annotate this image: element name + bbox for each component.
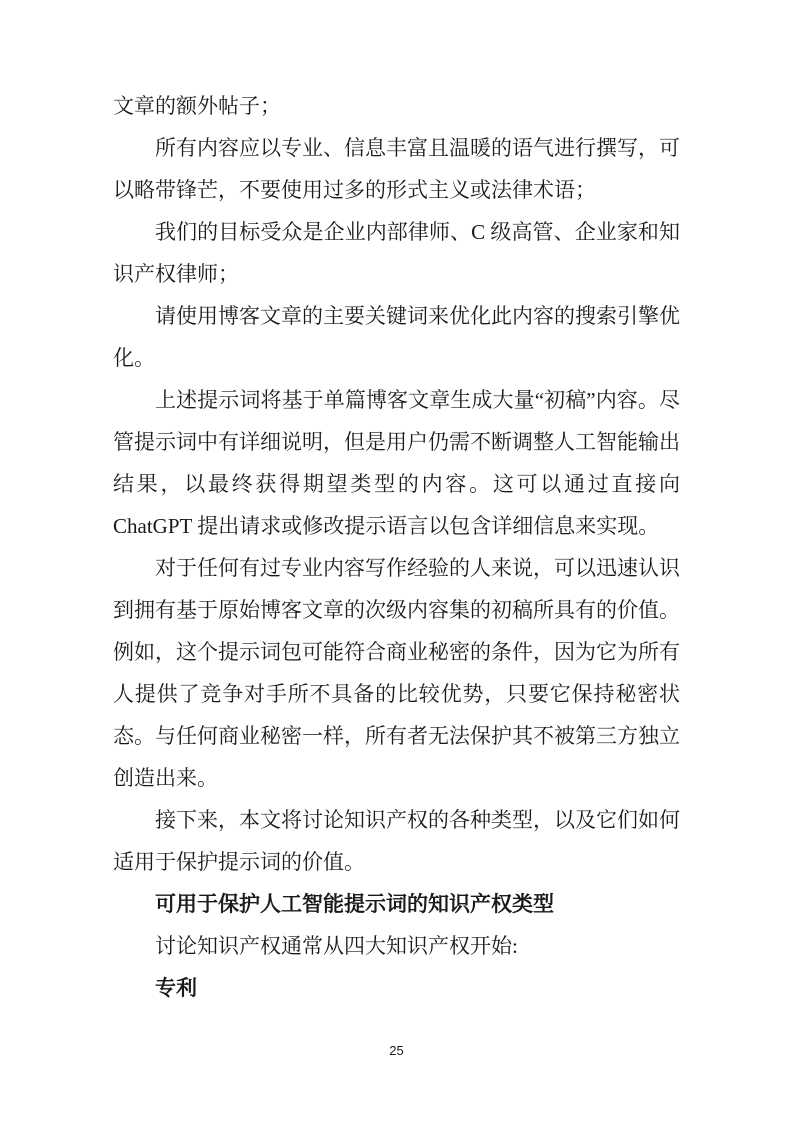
paragraph-draft-output: 上述提示词将基于单篇博客文章生成大量“初稿”内容。尽管提示词中有详细说明，但是用… [113,379,680,547]
paragraph-tone-guidelines: 所有内容应以专业、信息丰富且温暖的语气进行撰写，可以略带锋芒，不要使用过多的形式… [113,127,680,211]
page-number: 25 [0,1042,793,1060]
paragraph-four-ip-intro: 讨论知识产权通常从四大知识产权开始: [113,925,680,967]
paragraph-seo-note: 请使用博客文章的主要关键词来优化此内容的搜索引擎优化。 [113,295,680,379]
paragraph-target-audience: 我们的目标受众是企业内部律师、C 级高管、企业家和知识产权律师； [113,211,680,295]
section-heading-ip-types: 可用于保护人工智能提示词的知识产权类型 [113,883,680,925]
paragraph-trade-secret-value: 对于任何有过专业内容写作经验的人来说，可以迅速认识到拥有基于原始博客文章的次级内… [113,547,680,799]
document-page: 文章的额外帖子； 所有内容应以专业、信息丰富且温暖的语气进行撰写，可以略带锋芒，… [0,0,793,1122]
section-heading-patent: 专利 [113,967,680,1009]
document-body: 文章的额外帖子； 所有内容应以专业、信息丰富且温暖的语气进行撰写，可以略带锋芒，… [113,85,680,1009]
paragraph-continuation: 文章的额外帖子； [113,85,680,127]
paragraph-transition: 接下来，本文将讨论知识产权的各种类型，以及它们如何适用于保护提示词的价值。 [113,799,680,883]
